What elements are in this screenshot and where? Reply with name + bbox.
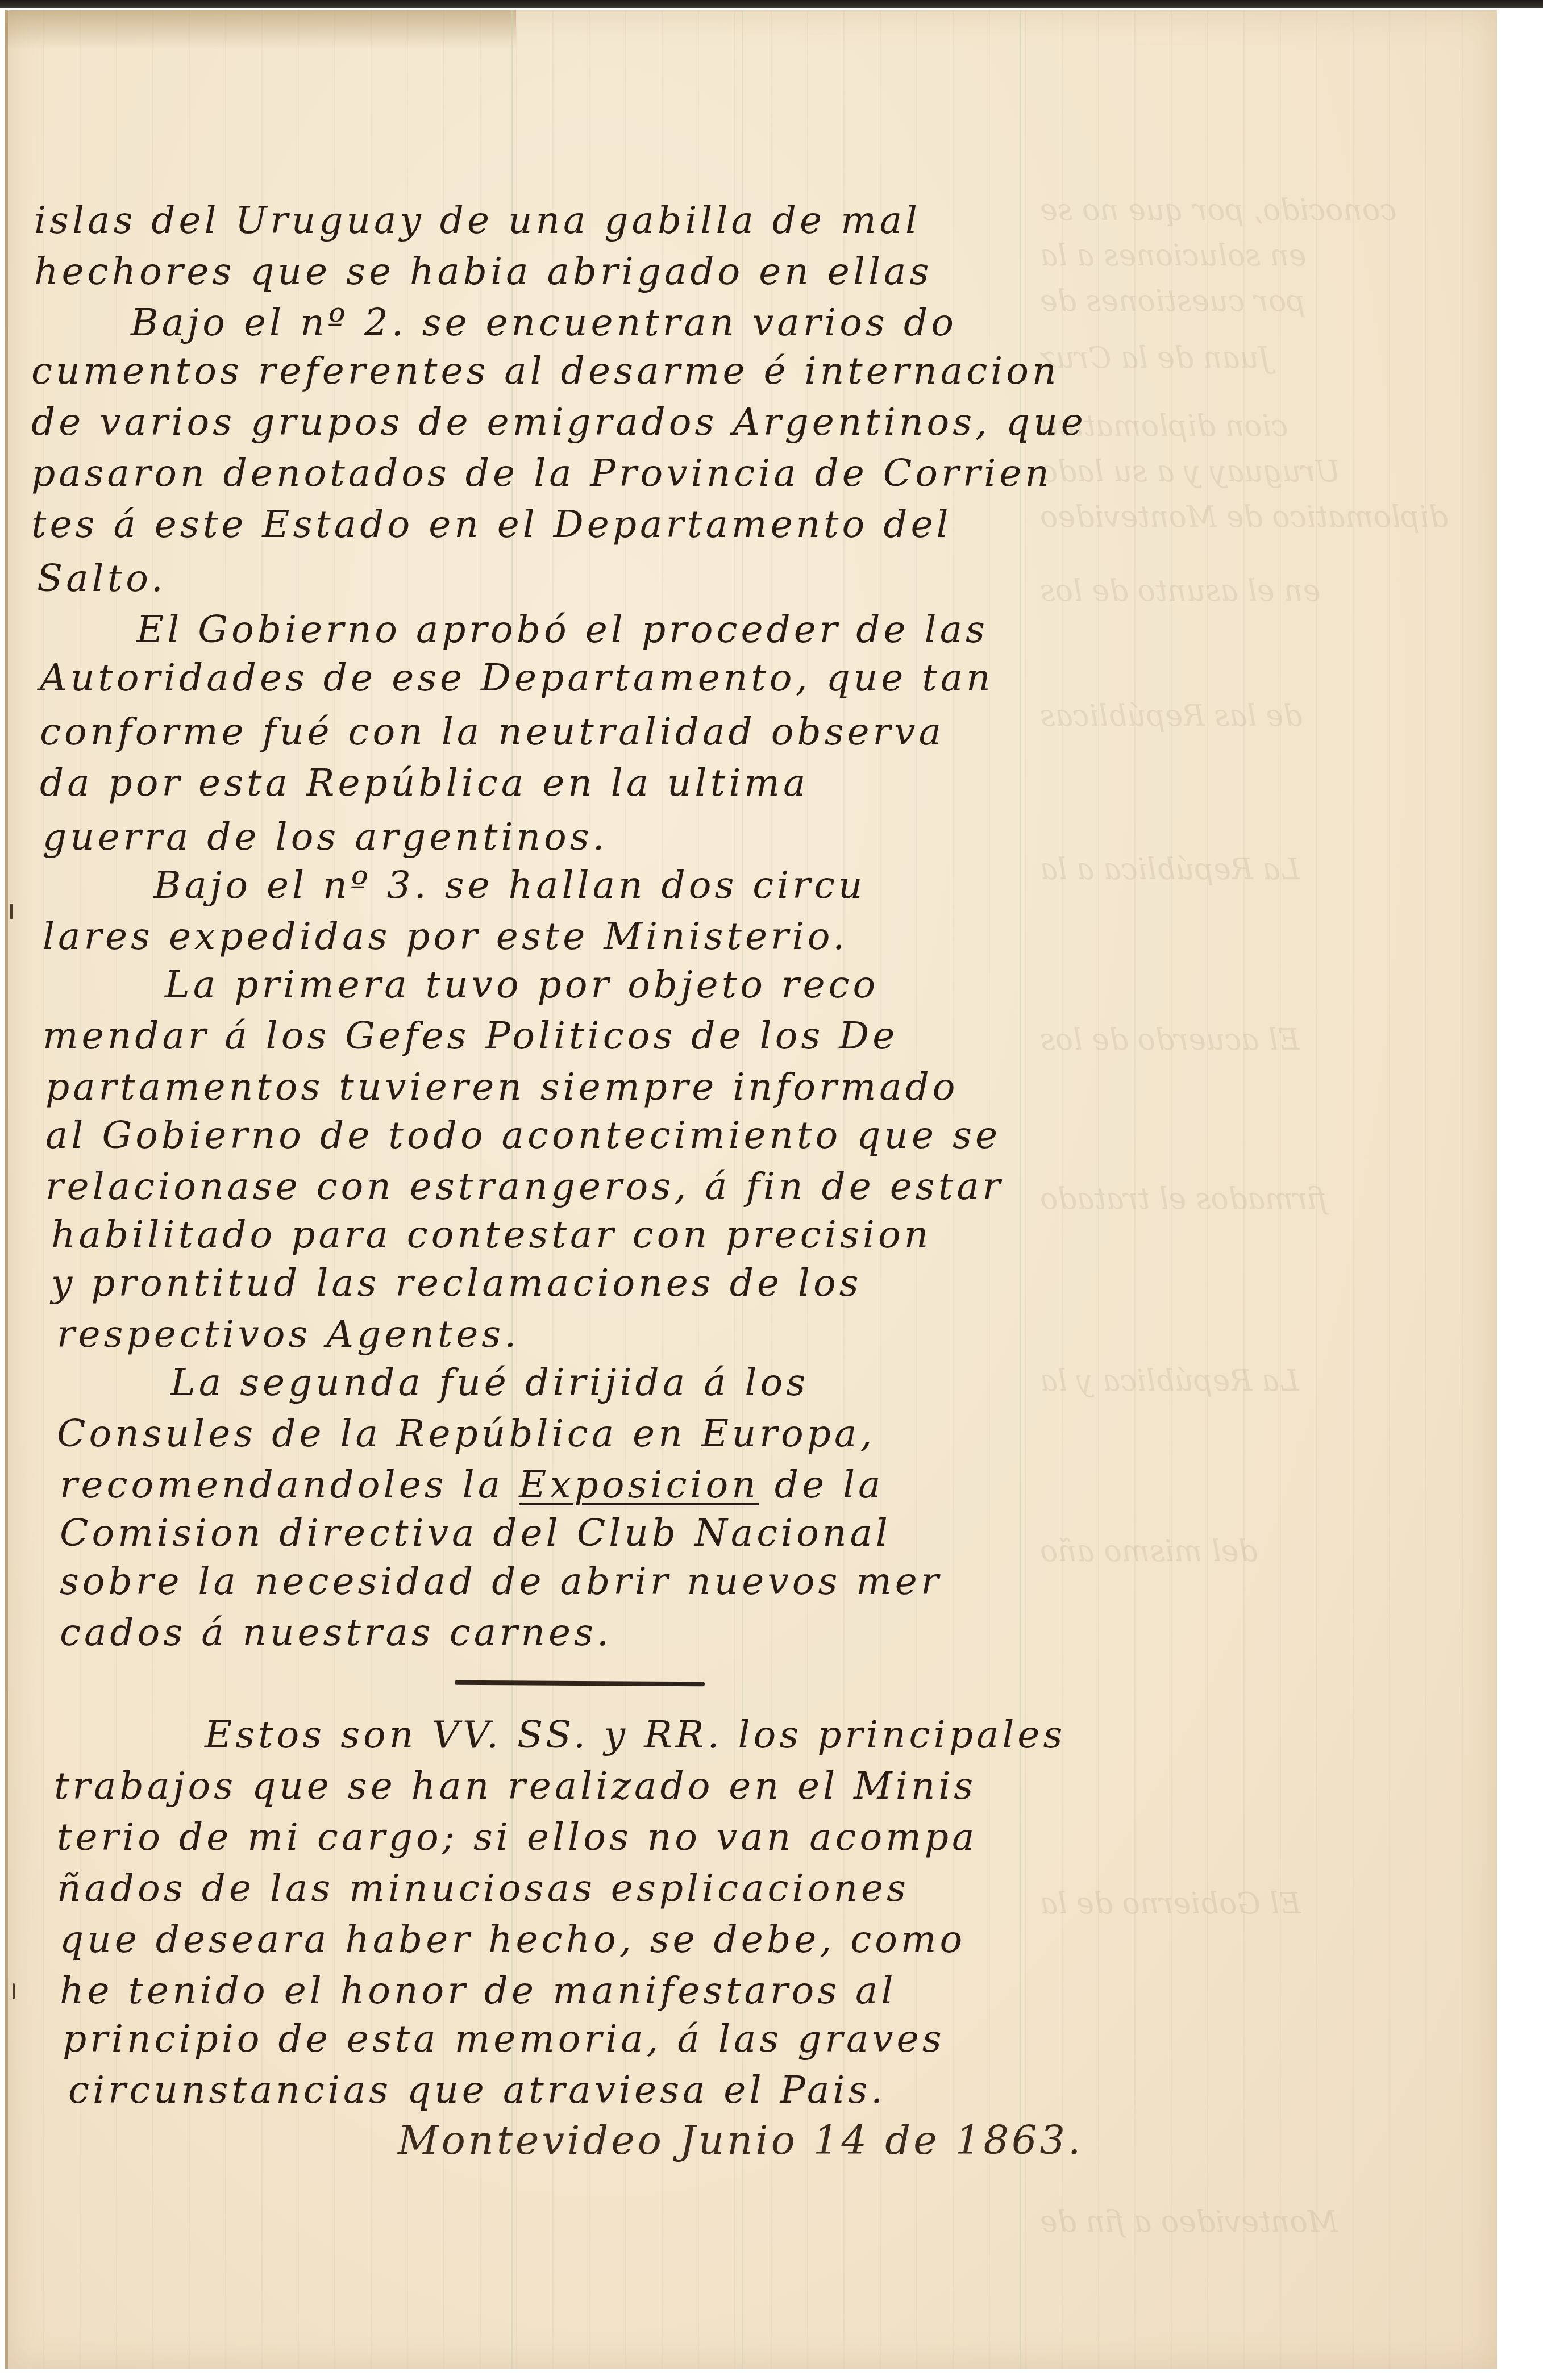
text-line: trabajos que se han realizado en el Mini… <box>54 1767 976 1805</box>
text-line: Bajo el nº 3. se hallan dos circu <box>153 867 866 904</box>
text-line: La segunda fué dirijida á los <box>170 1364 809 1401</box>
text-line: El Gobierno aprobó el proceder de las <box>136 611 988 648</box>
text-line: sobre la necesidad de abrir nuevos mer <box>60 1563 942 1600</box>
margin-mark <box>10 904 13 919</box>
text-line: Consules de la República en Europa, <box>57 1415 875 1453</box>
text-line: lares expedidas por este Ministerio. <box>43 918 848 955</box>
text-line: hechores que se habia abrigado en ellas <box>34 253 932 290</box>
text-line: partamentos tuvieren siempre informado <box>45 1068 959 1106</box>
text-line: cumentos referentes al desarme é interna… <box>31 352 1059 390</box>
text-line: Autoridades de ese Departamento, que tan <box>40 659 994 697</box>
text-line: La primera tuvo por objeto reco <box>165 966 879 1004</box>
text-line: conforme fué con la neutralidad observa <box>40 713 945 751</box>
text-line: Estos son VV. SS. y RR. los principales <box>205 1716 1066 1754</box>
text-line: tes á este Estado en el Departamento del <box>31 506 952 543</box>
text-line: terio de mi cargo; si ellos no van acomp… <box>57 1819 978 1856</box>
text-line: Salto. <box>37 560 167 597</box>
scan-top-edge <box>0 0 1543 8</box>
text-line: islas del Uruguay de una gabilla de mal <box>34 202 921 239</box>
text-line: Bajo el nº 2. se encuentran varios do <box>131 304 957 342</box>
text-line: mendar á los Gefes Politicos de los De <box>43 1017 898 1055</box>
text-line: relacionase con estrangeros, á fin de es… <box>45 1168 1004 1205</box>
text-line: circunstancias que atraviesa el Pais. <box>68 2071 886 2109</box>
text-line: Comision directiva del Club Nacional <box>60 1514 891 1552</box>
water-stain <box>5 10 516 50</box>
text-line: al Gobierno de todo acontecimiento que s… <box>45 1117 1001 1154</box>
text-line: habilitado para contestar con precision <box>51 1216 931 1254</box>
text-line: principio de esta memoria, á las graves <box>63 2020 945 2058</box>
text-line: respectivos Agentes. <box>57 1316 519 1353</box>
text-line: da por esta República en la ultima <box>40 764 809 802</box>
text-line: de varios grupos de emigrados Argentinos… <box>31 403 1087 441</box>
text-line: y prontitud las reclamaciones de los <box>51 1264 862 1302</box>
text-line: que deseara haber hecho, se debe, como <box>60 1921 966 1958</box>
text-line: cados á nuestras carnes. <box>60 1614 612 1651</box>
place-date-signature: Montevideo Junio 14 de 1863. <box>398 2117 1083 2163</box>
text-line: pasaron denotados de la Provincia de Cor… <box>31 455 1053 492</box>
margin-mark <box>13 1983 15 1999</box>
text-line: recomendandoles la Exposicion de la <box>60 1466 884 1504</box>
text-line: he tenido el honor de manifestaros al <box>60 1972 897 2009</box>
text-line: ñados de las minuciosas esplicaciones <box>57 1870 909 1907</box>
text-line: guerra de los argentinos. <box>43 818 608 856</box>
underlined-word: Exposicion <box>519 1463 759 1507</box>
